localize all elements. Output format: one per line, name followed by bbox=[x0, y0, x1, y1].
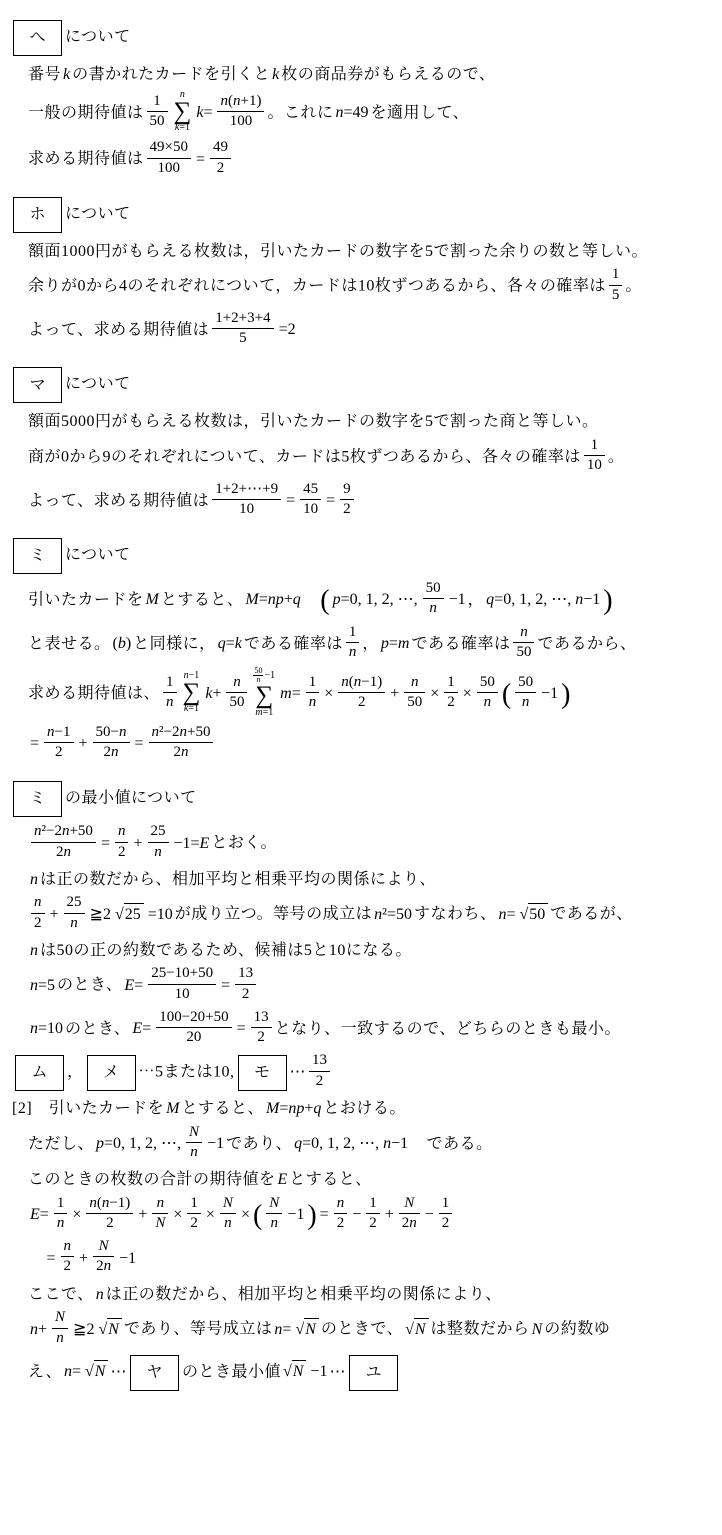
document-line: E=1n×n(n−1)2+nN×12×Nn×(Nn−1)=n2−12+N2n−1… bbox=[28, 1197, 722, 1235]
text-run: ， bbox=[468, 591, 485, 608]
answer-box: モ bbox=[238, 1055, 287, 1091]
square-root: √50 bbox=[520, 903, 549, 926]
math-run: M=np+q bbox=[266, 1100, 321, 1117]
fraction-denominator: 2 bbox=[439, 1213, 453, 1232]
fraction: n2 bbox=[31, 894, 45, 932]
fraction-numerator: 1 bbox=[147, 93, 168, 111]
text-run: [2] 引いたカードを bbox=[12, 1100, 164, 1117]
fraction-denominator: 2 bbox=[115, 842, 129, 861]
fraction-denominator: 2 bbox=[44, 742, 73, 761]
math-run: k bbox=[272, 66, 279, 83]
fraction: 50n bbox=[515, 674, 536, 712]
radicand: N bbox=[292, 1360, 307, 1383]
answer-box-label: モ bbox=[254, 1062, 270, 1084]
fraction: n−12 bbox=[44, 724, 73, 762]
math-run: + bbox=[79, 735, 88, 752]
math-run: + bbox=[138, 1206, 147, 1223]
radicand: N bbox=[107, 1318, 122, 1341]
math-run: =2 bbox=[279, 321, 296, 338]
fraction-numerator: n bbox=[404, 674, 425, 692]
fraction-denominator: n bbox=[163, 692, 177, 711]
answer-box: ホ bbox=[13, 197, 62, 233]
math-run: −1 bbox=[264, 671, 275, 681]
math-run: E bbox=[278, 1171, 288, 1188]
math-run: n= bbox=[274, 1321, 291, 1338]
document-line: =n2+N2n−1 bbox=[28, 1240, 722, 1278]
document-line: nは正の数だから、相加平均と相乗平均の関係により、 bbox=[28, 869, 722, 891]
math-run: N bbox=[532, 1321, 543, 1338]
fraction-denominator: N bbox=[152, 1213, 168, 1232]
text-run: ， bbox=[362, 635, 379, 652]
text-run: となり、一致するので、どちらのときも最小。 bbox=[275, 1020, 621, 1037]
math-run: −1=E bbox=[174, 835, 210, 852]
sigma-icon: ∑ bbox=[255, 684, 273, 708]
answer-box: ミ bbox=[13, 538, 62, 574]
big-paren: ( bbox=[253, 1200, 262, 1231]
text-run: 額面1000円がもらえる枚数は，引いたカードの数字を5で割った余りの数と等しい。 bbox=[28, 243, 648, 260]
answer-box: ヤ bbox=[130, 1355, 179, 1391]
fraction-denominator: 2 bbox=[444, 692, 458, 711]
math-run: −1 bbox=[541, 685, 558, 702]
fraction: 50−n2n bbox=[93, 724, 130, 762]
section-heading: マについて bbox=[10, 367, 722, 403]
fraction: n2 bbox=[115, 823, 129, 861]
answer-box-label: ミ bbox=[29, 788, 45, 810]
section-heading: ミについて bbox=[10, 538, 722, 574]
math-run: k+ bbox=[205, 685, 221, 702]
text-run bbox=[303, 591, 320, 608]
text-run: を適用して、 bbox=[371, 104, 470, 121]
fraction: 1+2+3+45 bbox=[212, 310, 273, 348]
fraction-denominator: 50 bbox=[226, 692, 247, 711]
document-line: 求める期待値は49×50100=492 bbox=[28, 141, 722, 179]
text-run: の約数ゆ bbox=[544, 1321, 610, 1338]
fraction: 12 bbox=[366, 1195, 380, 1233]
fraction: N2n bbox=[399, 1195, 420, 1233]
text-run: ⋯ bbox=[290, 1064, 307, 1081]
sum-lower-limit: m=1 bbox=[255, 708, 273, 718]
math-run: q=0, 1, 2, ⋯, n−1 bbox=[486, 591, 600, 608]
text-run: ただし、 bbox=[28, 1135, 94, 1152]
math-run: − bbox=[352, 1206, 361, 1223]
fraction: Nn bbox=[266, 1195, 282, 1233]
square-root: √N bbox=[85, 1360, 108, 1383]
fraction-numerator: N bbox=[52, 1309, 68, 1327]
math-run: × bbox=[173, 1206, 182, 1223]
answer-box: ム bbox=[15, 1055, 64, 1091]
fraction: Nn bbox=[52, 1309, 68, 1347]
math-run: p=0, 1, 2, ⋯, bbox=[96, 1135, 181, 1152]
fraction: 12 bbox=[439, 1195, 453, 1233]
text-run: のとき、 bbox=[65, 1020, 130, 1037]
fraction-denominator: n bbox=[220, 1213, 236, 1232]
big-paren: ( bbox=[502, 679, 511, 710]
answer-box-label: ユ bbox=[365, 1362, 381, 1384]
fraction-numerator: 50 bbox=[253, 667, 263, 675]
text-run: について bbox=[65, 206, 131, 223]
document-line: 額面1000円がもらえる枚数は，引いたカードの数字を5で割った余りの数と等しい。 bbox=[28, 241, 722, 263]
fraction: 50n bbox=[477, 674, 498, 712]
math-run: p=m bbox=[381, 635, 410, 652]
answer-box-label: ホ bbox=[29, 204, 45, 226]
fraction-denominator: n bbox=[266, 1213, 282, 1232]
radical-icon: √ bbox=[85, 1364, 94, 1380]
fraction-numerator: n bbox=[61, 1238, 75, 1256]
fraction-numerator: 1 bbox=[584, 437, 605, 455]
math-run: n=49 bbox=[335, 104, 368, 121]
fraction-denominator: 2n bbox=[149, 742, 214, 761]
fraction-numerator: 25 bbox=[148, 823, 169, 841]
radicand: 25 bbox=[124, 903, 144, 926]
fraction-numerator: 25−10+50 bbox=[148, 965, 216, 983]
text-run: とすると、 bbox=[182, 1100, 265, 1117]
answer-box-label: マ bbox=[29, 375, 45, 397]
fraction: 4510 bbox=[300, 481, 321, 519]
fraction-numerator: n bbox=[226, 674, 247, 692]
fraction-numerator: n²−2n+50 bbox=[149, 724, 214, 742]
math-run: + bbox=[133, 835, 142, 852]
math-run: n²=50 bbox=[374, 906, 412, 923]
fraction: Nn bbox=[220, 1195, 236, 1233]
text-run: である確率は bbox=[244, 635, 343, 652]
text-run: ⋯5または10, bbox=[139, 1064, 235, 1081]
sum-lower-limit: k=1 bbox=[184, 704, 199, 714]
math-run: × bbox=[72, 1206, 81, 1223]
text-run: と表せる。 bbox=[28, 635, 111, 652]
answer-box: ユ bbox=[349, 1355, 398, 1391]
math-run: = bbox=[237, 1020, 246, 1037]
fraction-denominator: 2 bbox=[309, 1071, 330, 1090]
text-run: とすると、 bbox=[289, 1171, 372, 1188]
fraction-numerator: 1 bbox=[444, 674, 458, 692]
fraction-numerator: 1 bbox=[439, 1195, 453, 1213]
math-run: = bbox=[320, 1206, 329, 1223]
fraction-numerator: N bbox=[186, 1124, 202, 1142]
fraction: N2n bbox=[93, 1238, 114, 1276]
fraction-numerator: 50 bbox=[477, 674, 498, 692]
text-run: 引いたカードを bbox=[28, 591, 144, 608]
answer-box-label: へ bbox=[29, 27, 45, 49]
square-root: √25 bbox=[115, 903, 144, 926]
document-line: よって、求める期待値は1+2+3+45=2 bbox=[28, 312, 722, 350]
fraction: 1n bbox=[346, 624, 360, 662]
fraction-numerator: 13 bbox=[309, 1052, 330, 1070]
fraction: n2 bbox=[334, 1195, 348, 1233]
math-run: + bbox=[50, 906, 59, 923]
math-run: k bbox=[63, 66, 70, 83]
fraction-denominator: 2n bbox=[93, 1256, 114, 1275]
text-run: は正の数だから、相加平均と相乗平均の関係により、 bbox=[40, 871, 436, 888]
text-run: 余りが0から4のそれぞれについて，カードは10枚ずつあるから、各々の確率は bbox=[28, 278, 606, 295]
answer-box: マ bbox=[13, 367, 62, 403]
fraction: 92 bbox=[340, 481, 354, 519]
text-run: よって、求める期待値は bbox=[28, 492, 209, 509]
fraction-numerator: n²−2n+50 bbox=[31, 823, 96, 841]
sum-lower-limit: k=1 bbox=[175, 123, 190, 133]
document-line: [2] 引いたカードをMとすると、M=np+qとおける。 bbox=[12, 1098, 722, 1120]
answer-box-label: ヤ bbox=[146, 1362, 162, 1384]
math-run: n=5 bbox=[30, 977, 55, 994]
fraction-denominator: 2n bbox=[31, 842, 96, 861]
math-run: M bbox=[146, 591, 159, 608]
math-run: M bbox=[166, 1100, 179, 1117]
fraction: 1n bbox=[163, 674, 177, 712]
math-run: n bbox=[30, 942, 38, 959]
fraction: n²−2n+502n bbox=[31, 823, 96, 861]
document-line: 余りが0から4のそれぞれについて，カードは10枚ずつあるから、各々の確率は15。 bbox=[28, 268, 722, 306]
math-run: × bbox=[206, 1206, 215, 1223]
text-run: であり、等号成立は bbox=[124, 1321, 273, 1338]
fraction: nN bbox=[152, 1195, 168, 1233]
document-line: ただし、p=0, 1, 2, ⋯,Nn−1であり、q=0, 1, 2, ⋯, n… bbox=[28, 1126, 722, 1164]
fraction-numerator: 1 bbox=[609, 266, 623, 284]
fraction-denominator: n bbox=[423, 598, 444, 617]
text-run: のときで、 bbox=[321, 1321, 403, 1338]
math-run: + bbox=[390, 685, 399, 702]
answer-box: ミ bbox=[13, 781, 62, 817]
fraction-denominator: 2n bbox=[399, 1213, 420, 1232]
math-run: =10 bbox=[148, 906, 173, 923]
fraction: Nn bbox=[186, 1124, 202, 1162]
math-run: = bbox=[101, 835, 110, 852]
fraction-numerator: 50 bbox=[423, 580, 444, 598]
text-run: について bbox=[65, 376, 131, 393]
math-run: + bbox=[385, 1206, 394, 1223]
fraction-denominator: n bbox=[64, 913, 85, 932]
fraction-denominator: 2 bbox=[366, 1213, 380, 1232]
radical-icon: √ bbox=[405, 1322, 414, 1338]
document-line: =n−12+50−n2n=n²−2n+502n bbox=[28, 726, 722, 764]
text-run: の最小値について bbox=[65, 790, 197, 807]
fraction-denominator: 100 bbox=[217, 111, 264, 130]
fraction: 1+2+⋯+910 bbox=[212, 481, 281, 519]
fraction-denominator: n bbox=[306, 692, 320, 711]
fraction-numerator: 1 bbox=[163, 674, 177, 692]
text-run: と同様に， bbox=[133, 635, 216, 652]
math-run: + bbox=[79, 1250, 88, 1267]
text-run: であるが、 bbox=[550, 906, 633, 923]
fraction-denominator: 50 bbox=[147, 111, 168, 130]
text-run: 一般の期待値は bbox=[28, 104, 144, 121]
fraction-denominator: 2 bbox=[251, 1027, 272, 1046]
answer-box: メ bbox=[87, 1055, 136, 1091]
fraction-denominator: 50 bbox=[404, 692, 425, 711]
math-run: = bbox=[326, 492, 335, 509]
text-run: 番号 bbox=[28, 66, 61, 83]
math-run: × bbox=[430, 685, 439, 702]
radical-icon: √ bbox=[295, 1322, 304, 1338]
fraction: n(n−1)2 bbox=[338, 674, 385, 712]
text-run: 。これに bbox=[267, 104, 333, 121]
fraction: 50n bbox=[423, 580, 444, 618]
fraction-denominator: 10 bbox=[584, 455, 605, 474]
fraction-numerator: 25 bbox=[64, 894, 85, 912]
fraction: 25n bbox=[64, 894, 85, 932]
big-paren: ( bbox=[320, 585, 329, 616]
fraction-denominator: 2n bbox=[93, 742, 130, 761]
math-run: M=np+q bbox=[245, 591, 300, 608]
math-run: k= bbox=[196, 104, 212, 121]
math-run: m= bbox=[280, 685, 301, 702]
math-run: = bbox=[135, 735, 144, 752]
math-run: q=0, 1, 2, ⋯, n−1 bbox=[294, 1135, 408, 1152]
document-line: と表せる。(b)と同様に，q=kである確率は1n，p=mである確率はn50である… bbox=[28, 626, 722, 664]
text-run: え、 bbox=[28, 1363, 62, 1380]
radicand: N bbox=[414, 1318, 429, 1341]
math-run: n+ bbox=[30, 1321, 47, 1338]
section-heading: ミの最小値について bbox=[10, 781, 722, 817]
radicand: N bbox=[304, 1318, 319, 1341]
square-root: √N bbox=[283, 1360, 306, 1383]
fraction: 1n bbox=[54, 1195, 68, 1233]
sigma-icon: ∑ bbox=[174, 100, 192, 124]
fraction: n²−2n+502n bbox=[149, 724, 214, 762]
math-run: −1 bbox=[207, 1135, 224, 1152]
text-run: であり、 bbox=[226, 1135, 292, 1152]
radical-icon: √ bbox=[115, 907, 124, 923]
fraction: 12 bbox=[444, 674, 458, 712]
fraction-numerator: 50 bbox=[515, 674, 536, 692]
math-run: −1 bbox=[449, 591, 466, 608]
summation: 50n−1∑m=1 bbox=[253, 667, 275, 718]
text-run: ⋯ bbox=[110, 1363, 127, 1380]
document-line: 額面5000円がもらえる枚数は，引いたカードの数字を5で割った商と等しい。 bbox=[28, 411, 722, 433]
math-run: n= bbox=[498, 906, 515, 923]
answer-box-label: ム bbox=[31, 1062, 47, 1084]
math-run: × bbox=[241, 1206, 250, 1223]
fraction-numerator: 9 bbox=[340, 481, 354, 499]
math-run: ≧2 bbox=[90, 906, 111, 923]
radical-icon: √ bbox=[98, 1322, 107, 1338]
fraction-numerator: N bbox=[220, 1195, 236, 1213]
fraction-numerator: n(n+1) bbox=[217, 93, 264, 111]
fraction-numerator: 13 bbox=[235, 965, 256, 983]
fraction: n50 bbox=[226, 674, 247, 712]
answer-box-label: メ bbox=[103, 1062, 119, 1084]
section-heading: ホについて bbox=[10, 197, 722, 233]
text-run: は正の数だから、相加平均と相乗平均の関係により、 bbox=[106, 1286, 502, 1303]
fraction-denominator: 10 bbox=[300, 499, 321, 518]
text-run: 枚の商品券がもらえるので、 bbox=[281, 66, 495, 83]
fraction-numerator: n(n−1) bbox=[86, 1195, 133, 1213]
fraction-denominator: 2 bbox=[61, 1256, 75, 1275]
square-root: √N bbox=[98, 1318, 121, 1341]
text-run: は50の正の約数であるため、候補は5と10になる。 bbox=[40, 942, 412, 959]
text-run: ⋯ bbox=[329, 1363, 346, 1380]
fraction-denominator: 10 bbox=[212, 499, 281, 518]
math-run: −1 bbox=[287, 1206, 304, 1223]
document-line: 番号kの書かれたカードを引くとk枚の商品券がもらえるので、 bbox=[28, 64, 722, 86]
text-run: 。 bbox=[608, 448, 625, 465]
math-run: E= bbox=[124, 977, 143, 994]
fraction-numerator: 13 bbox=[251, 1009, 272, 1027]
fraction-numerator: 1 bbox=[346, 624, 360, 642]
fraction-denominator: 20 bbox=[156, 1027, 231, 1046]
answer-box-label: ミ bbox=[29, 545, 45, 567]
text-run: のとき最小値 bbox=[182, 1363, 281, 1380]
text-run: 求める期待値は bbox=[28, 151, 144, 168]
fraction-numerator: n−1 bbox=[44, 724, 73, 742]
text-run: とおける。 bbox=[323, 1100, 406, 1117]
text-run: 。 bbox=[625, 278, 642, 295]
fraction-numerator: n(n−1) bbox=[338, 674, 385, 692]
big-paren: ) bbox=[307, 1200, 316, 1231]
document-line: n+Nn≧2√Nであり、等号成立はn=√Nのときで、√Nは整数だからNの約数ゆ bbox=[28, 1311, 722, 1349]
fraction-numerator: 49 bbox=[210, 139, 231, 157]
fraction-numerator: 1 bbox=[187, 1195, 201, 1213]
fraction-denominator: 2 bbox=[338, 692, 385, 711]
fraction: n50 bbox=[404, 674, 425, 712]
fraction-numerator: n bbox=[31, 894, 45, 912]
text-run: とおく。 bbox=[211, 835, 277, 852]
radical-icon: √ bbox=[283, 1364, 292, 1380]
text-run: について bbox=[65, 29, 131, 46]
fraction-denominator: 5 bbox=[609, 285, 623, 304]
fraction: 132 bbox=[235, 965, 256, 1003]
math-run: = bbox=[30, 735, 39, 752]
fraction-denominator: n bbox=[148, 842, 169, 861]
fraction-denominator: n bbox=[477, 692, 498, 711]
document-line: 商が0から9のそれぞれについて、カードは5枚ずつあるから、各々の確率は110。 bbox=[28, 439, 722, 477]
math-run: −1 bbox=[310, 1363, 327, 1380]
section-heading: へについて bbox=[10, 20, 722, 56]
fraction: n(n−1)2 bbox=[86, 1195, 133, 1233]
text-run: である。 bbox=[410, 1135, 493, 1152]
fraction-denominator: 2 bbox=[86, 1213, 133, 1232]
text-run: 額面5000円がもらえる枚数は，引いたカードの数字を5で割った商と等しい。 bbox=[28, 413, 599, 430]
math-run: ≧2 bbox=[73, 1321, 94, 1338]
fraction-numerator: 45 bbox=[300, 481, 321, 499]
fraction-numerator: 1+2+3+4 bbox=[212, 310, 273, 328]
fraction: 25n bbox=[148, 823, 169, 861]
text-run: は整数だから bbox=[431, 1321, 530, 1338]
document-line: nは50の正の約数であるため、候補は5と10になる。 bbox=[28, 940, 722, 962]
fraction: 1n bbox=[306, 674, 320, 712]
sigma-icon: ∑ bbox=[183, 681, 201, 705]
square-root: √N bbox=[295, 1318, 318, 1341]
document-line: このときの枚数の合計の期待値をEとすると、 bbox=[28, 1169, 722, 1191]
document-line: え、n=√N⋯ヤのとき最小値√N−1⋯ユ bbox=[28, 1355, 722, 1391]
document-line: よって、求める期待値は1+2+⋯+910=4510=92 bbox=[28, 483, 722, 521]
document-line: n²−2n+502n=n2+25n−1=Eとおく。 bbox=[28, 825, 722, 863]
fraction-denominator: 10 bbox=[148, 984, 216, 1003]
fraction-denominator: 100 bbox=[147, 158, 191, 177]
fraction-denominator: n bbox=[346, 642, 360, 661]
math-run: n=10 bbox=[30, 1020, 63, 1037]
math-run: k=1 bbox=[184, 704, 199, 714]
fraction-denominator: 50 bbox=[513, 642, 534, 661]
fraction: 12 bbox=[187, 1195, 201, 1233]
document-line: 求める期待値は、1nn−1∑k=1k+n5050n−1∑m=1m=1n×n(n−… bbox=[28, 669, 722, 720]
text-run: すなわち、 bbox=[414, 906, 497, 923]
fraction-numerator: 1 bbox=[306, 674, 320, 692]
math-run: n= bbox=[64, 1363, 81, 1380]
big-paren: ) bbox=[561, 679, 570, 710]
text-run: ， bbox=[67, 1064, 84, 1081]
text-run: の書かれたカードを引くと bbox=[72, 66, 270, 83]
fraction-numerator: 49×50 bbox=[147, 139, 191, 157]
fraction-numerator: n bbox=[152, 1195, 168, 1213]
fraction-denominator: 2 bbox=[31, 913, 45, 932]
math-run: E= bbox=[30, 1206, 49, 1223]
fraction: n50 bbox=[513, 624, 534, 662]
math-run: E= bbox=[132, 1020, 151, 1037]
fraction-numerator: n bbox=[334, 1195, 348, 1213]
math-run: = bbox=[286, 492, 295, 509]
text-run: このときの枚数の合計の期待値を bbox=[28, 1171, 276, 1188]
fraction-denominator: 2 bbox=[235, 984, 256, 1003]
fraction-numerator: 1 bbox=[54, 1195, 68, 1213]
